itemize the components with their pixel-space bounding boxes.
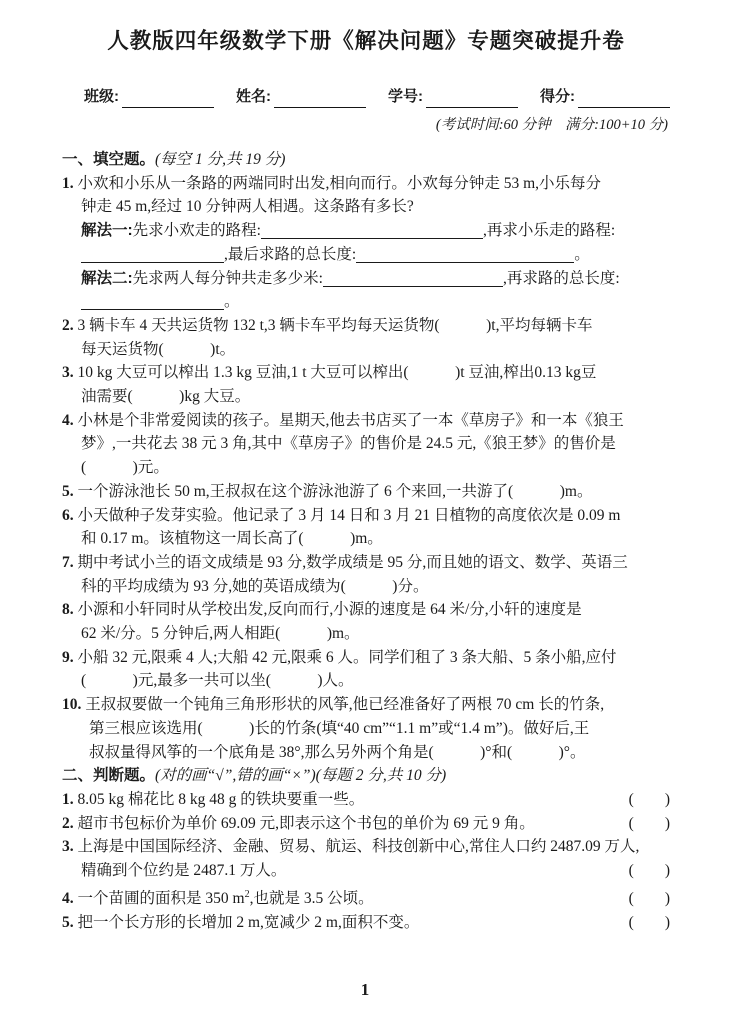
question-text-segment: 梦》,一共花去 38 元 3 角,其中《草房子》的售价是 24.5 元,《狼王梦… (81, 435, 616, 452)
question: 5. 一个游泳池长 50 m,王叔叔在这个游泳池游了 6 个来回,一共游了( )… (62, 480, 670, 504)
question-number: 8. (62, 601, 74, 618)
answer-bracket[interactable]: ( ) (629, 859, 670, 883)
question-text-segment: 小欢和小乐从一条路的两端同时出发,相向而行。小欢每分钟走 53 m,小乐每分 (78, 175, 602, 192)
question-text: 上海是中国国际经济、金融、贸易、航运、科技创新中心,常住人口约 2487.09 … (78, 838, 640, 879)
question-text-segment: 。 (224, 293, 240, 310)
question-text: 把一个长方形的长增加 2 m,宽减少 2 m,面积不变。 (78, 914, 420, 931)
question-text-segment: 油需要( )kg 大豆。 (81, 388, 250, 405)
student-info-field: 学号: (388, 86, 518, 108)
question-text-segment: 王叔叔要做一个钝角三角形形状的风筝,他已经准备好了两根 70 cm 长的竹条, (85, 696, 604, 713)
question: 8. 小源和小轩同时从学校出发,反向而行,小源的速度是 64 米/分,小轩的速度… (62, 598, 670, 645)
question: 1. 小欢和小乐从一条路的两端同时出发,相向而行。小欢每分钟走 53 m,小乐每… (62, 172, 670, 314)
question-text: 小船 32 元,限乘 4 人;大船 42 元,限乘 6 人。同学们租了 3 条大… (78, 649, 617, 690)
question-text-segment: 期中考试小兰的语文成绩是 93 分,数学成绩是 95 分,而且她的语文、数学、英… (78, 554, 628, 571)
question: 4. 小林是个非常爱阅读的孩子。星期天,他去书店买了一本《草房子》和一本《狼王梦… (62, 409, 670, 480)
question-text: 小天做种子发芽实验。他记录了 3 月 14 日和 3 月 21 日植物的高度依次… (78, 507, 621, 548)
section-heading-bold: 一、填空题。 (62, 151, 155, 168)
student-info-row: 班级: 姓名: 学号: 得分: (84, 86, 670, 108)
question-number: 4. (62, 890, 74, 907)
exam-info: (考试时间:60 分钟 满分:100+10 分) (62, 114, 668, 136)
section-questions: 1. 8.05 kg 棉花比 8 kg 48 g 的铁块要重一些。 ( ) 2.… (62, 788, 670, 934)
question-number: 4. (62, 412, 74, 429)
question-text-segment: 10 kg 大豆可以榨出 1.3 kg 豆油,1 t 大豆可以榨出( )t 豆油… (78, 364, 597, 381)
section-heading-note: (对的画“√”,错的画“×”)(每题 2 分,共 10 分) (155, 767, 446, 784)
field-label: 学号: (388, 86, 423, 108)
question-text-segment: 科的平均成绩为 93 分,她的英语成绩为( )分。 (81, 578, 428, 595)
fill-blank-line[interactable] (81, 295, 224, 311)
section: 一、填空题。(每空 1 分,共 19 分) 1. 小欢和小乐从一条路的两端同时出… (62, 148, 670, 764)
question-text: 超市书包标价为单价 69.09 元,即表示这个书包的单价为 69 元 9 角。 (78, 815, 535, 832)
answer-bracket[interactable]: ( ) (629, 788, 670, 812)
field-label: 班级: (84, 86, 119, 108)
question: 2. 超市书包标价为单价 69.09 元,即表示这个书包的单价为 69 元 9 … (62, 812, 670, 836)
question-text-segment: 第三根应该选用( )长的竹条(填“40 cm”“1.1 m”或“1.4 m”)。… (89, 720, 589, 737)
question-number: 5. (62, 483, 74, 500)
question-number: 3. (62, 838, 74, 855)
section-heading-note: (每空 1 分,共 19 分) (155, 151, 285, 168)
question-text: 期中考试小兰的语文成绩是 93 分,数学成绩是 95 分,而且她的语文、数学、英… (78, 554, 628, 595)
question-text-segment: 8.05 kg 棉花比 8 kg 48 g 的铁块要重一些。 (78, 791, 365, 808)
question-text-segment: ( )元。 (81, 459, 169, 476)
question-text-segment: ,再求路的总长度: (503, 270, 620, 287)
fill-blank-line[interactable] (81, 247, 224, 263)
question-text: 小源和小轩同时从学校出发,反向而行,小源的速度是 64 米/分,小轩的速度是62… (78, 601, 582, 642)
question: 1. 8.05 kg 棉花比 8 kg 48 g 的铁块要重一些。 ( ) (62, 788, 670, 812)
question-text-segment: 把一个长方形的长增加 2 m,宽减少 2 m,面积不变。 (78, 914, 420, 931)
field-label: 得分: (540, 86, 575, 108)
section-heading: 二、判断题。(对的画“√”,错的画“×”)(每题 2 分,共 10 分) (62, 764, 670, 788)
question-text-segment: 先求两人每分钟共走多少米: (133, 270, 323, 287)
question: 6. 小天做种子发芽实验。他记录了 3 月 14 日和 3 月 21 日植物的高… (62, 504, 670, 551)
page-number: 1 (0, 978, 730, 1002)
question-text-segment: 小天做种子发芽实验。他记录了 3 月 14 日和 3 月 21 日植物的高度依次… (78, 507, 621, 524)
question-number: 9. (62, 649, 74, 666)
answer-bracket[interactable]: ( ) (629, 812, 670, 836)
exam-content: 一、填空题。(每空 1 分,共 19 分) 1. 小欢和小乐从一条路的两端同时出… (62, 148, 670, 934)
question-text-segment: ,再求小乐走的路程: (483, 222, 615, 239)
question-text-segment: 小源和小轩同时从学校出发,反向而行,小源的速度是 64 米/分,小轩的速度是 (78, 601, 582, 618)
question-number: 6. (62, 507, 74, 524)
question-number: 7. (62, 554, 74, 571)
exam-page: 人教版四年级数学下册《解决问题》专题突破提升卷 班级: 姓名: 学号: 得分: … (0, 0, 730, 1024)
question-text-segment: 一个游泳池长 50 m,王叔叔在这个游泳池游了 6 个来回,一共游了( )m。 (78, 483, 593, 500)
question-text-segment: 先求小欢走的路程: (133, 222, 261, 239)
question-text-segment: 上海是中国国际经济、金融、贸易、航运、科技创新中心,常住人口约 2487.09 … (78, 838, 640, 855)
question-text-segment: 一个苗圃的面积是 350 m (78, 890, 245, 907)
question-text: 王叔叔要做一个钝角三角形形状的风筝,他已经准备好了两根 70 cm 长的竹条,第… (85, 696, 604, 760)
answer-bracket[interactable]: ( ) (629, 887, 670, 911)
section-heading: 一、填空题。(每空 1 分,共 19 分) (62, 148, 670, 172)
question-number: 2. (62, 815, 74, 832)
question: 2. 3 辆卡车 4 天共运货物 132 t,3 辆卡车平均每天运货物( )t,… (62, 314, 670, 361)
question-text-segment: 解法二: (81, 270, 133, 287)
question-text-segment: 62 米/分。5 分钟后,两人相距( )m。 (81, 625, 360, 642)
question: 3. 10 kg 大豆可以榨出 1.3 kg 豆油,1 t 大豆可以榨出( )t… (62, 361, 670, 408)
section: 二、判断题。(对的画“√”,错的画“×”)(每题 2 分,共 10 分) 1. … (62, 764, 670, 934)
question-text-segment: 。 (574, 246, 590, 263)
question-text-segment: 和 0.17 m。该植物这一周长高了( )m。 (81, 530, 383, 547)
page-title: 人教版四年级数学下册《解决问题》专题突破提升卷 (62, 24, 670, 58)
student-info-field: 姓名: (236, 86, 366, 108)
question-number: 10. (62, 696, 81, 713)
question-text-segment: 3 辆卡车 4 天共运货物 132 t,3 辆卡车平均每天运货物( )t,平均每… (78, 317, 593, 334)
question-text: 小林是个非常爱阅读的孩子。星期天,他去书店买了一本《草房子》和一本《狼王梦》,一… (78, 412, 624, 476)
question: 3. 上海是中国国际经济、金融、贸易、航运、科技创新中心,常住人口约 2487.… (62, 835, 670, 882)
field-write-line[interactable] (274, 92, 366, 108)
question: 4. 一个苗圃的面积是 350 m2,也就是 3.5 公顷。 ( ) (62, 883, 670, 911)
section-heading-bold: 二、判断题。 (62, 767, 155, 784)
question-number: 2. (62, 317, 74, 334)
question-text: 一个苗圃的面积是 350 m2,也就是 3.5 公顷。 (78, 890, 374, 907)
field-write-line[interactable] (426, 92, 518, 108)
question-text: 3 辆卡车 4 天共运货物 132 t,3 辆卡车平均每天运货物( )t,平均每… (78, 317, 593, 358)
question-number: 3. (62, 364, 74, 381)
fill-blank-line[interactable] (261, 223, 483, 239)
fill-blank-line[interactable] (323, 271, 503, 287)
question-text: 小欢和小乐从一条路的两端同时出发,相向而行。小欢每分钟走 53 m,小乐每分钟走… (78, 175, 620, 311)
field-write-line[interactable] (578, 92, 670, 108)
question-number: 1. (62, 175, 74, 192)
question-text-segment: 每天运货物( )t。 (81, 341, 235, 358)
question-text-segment: ( )元,最多一共可以坐( )人。 (81, 672, 354, 689)
question-text-segment: ,最后求路的总长度: (224, 246, 356, 263)
question: 10. 王叔叔要做一个钝角三角形形状的风筝,他已经准备好了两根 70 cm 长的… (62, 693, 670, 764)
question-text-segment: 超市书包标价为单价 69.09 元,即表示这个书包的单价为 69 元 9 角。 (78, 815, 535, 832)
question-text: 10 kg 大豆可以榨出 1.3 kg 豆油,1 t 大豆可以榨出( )t 豆油… (78, 364, 597, 405)
student-info-field: 得分: (540, 86, 670, 108)
question-text: 一个游泳池长 50 m,王叔叔在这个游泳池游了 6 个来回,一共游了( )m。 (78, 483, 593, 500)
question-number: 5. (62, 914, 74, 931)
question-text-segment: ,也就是 3.5 公顷。 (250, 890, 374, 907)
question-text-segment: 钟走 45 m,经过 10 分钟两人相遇。这条路有多长? (81, 198, 414, 215)
answer-bracket[interactable]: ( ) (629, 911, 670, 935)
question-text-segment: 解法一: (81, 222, 133, 239)
question-text-segment: 小林是个非常爱阅读的孩子。星期天,他去书店买了一本《草房子》和一本《狼王 (78, 412, 624, 429)
student-info-field: 班级: (84, 86, 214, 108)
field-write-line[interactable] (122, 92, 214, 108)
field-label: 姓名: (236, 86, 271, 108)
question-text-segment: 精确到个位约是 2487.1 万人。 (81, 862, 286, 879)
section-questions: 1. 小欢和小乐从一条路的两端同时出发,相向而行。小欢每分钟走 53 m,小乐每… (62, 172, 670, 765)
question-text-segment: 小船 32 元,限乘 4 人;大船 42 元,限乘 6 人。同学们租了 3 条大… (78, 649, 617, 666)
question-text: 8.05 kg 棉花比 8 kg 48 g 的铁块要重一些。 (78, 791, 365, 808)
question: 5. 把一个长方形的长增加 2 m,宽减少 2 m,面积不变。 ( ) (62, 911, 670, 935)
fill-blank-line[interactable] (356, 247, 574, 263)
question: 7. 期中考试小兰的语文成绩是 93 分,数学成绩是 95 分,而且她的语文、数… (62, 551, 670, 598)
question: 9. 小船 32 元,限乘 4 人;大船 42 元,限乘 6 人。同学们租了 3… (62, 646, 670, 693)
question-number: 1. (62, 791, 74, 808)
question-text-segment: 叔叔量得风筝的一个底角是 38°,那么另外两个角是( )°和( )°。 (89, 744, 586, 761)
